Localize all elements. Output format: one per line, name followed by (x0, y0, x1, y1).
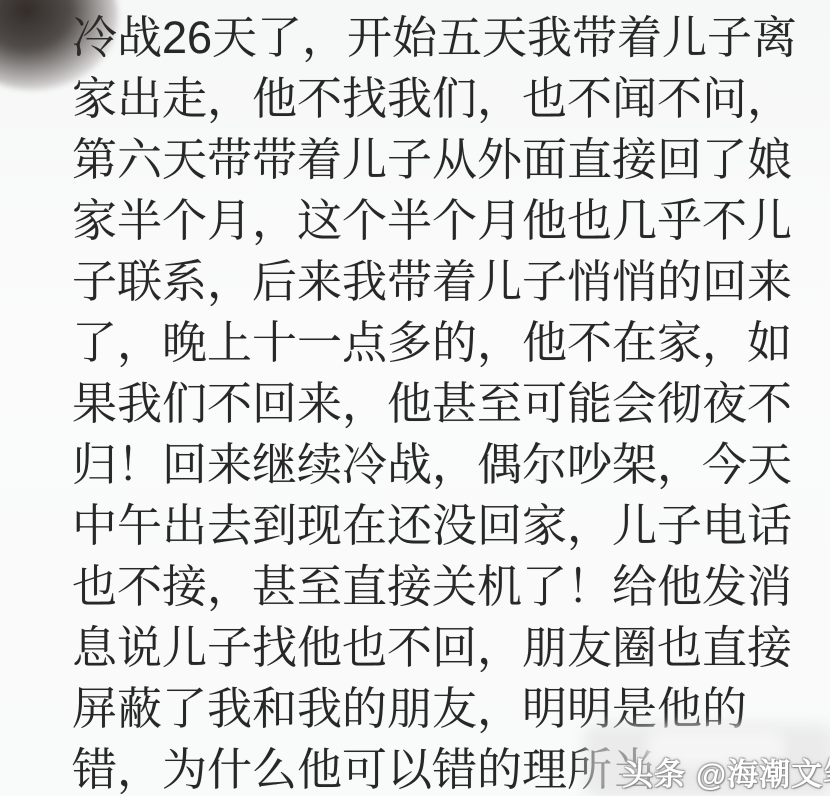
post-text-block: 冷战26天了，开始五天我带着儿子离 家出走，他不找我们，也不闻不问， 第六天带带… (72, 7, 812, 796)
watermark-handle: @海潮文笔 (696, 757, 830, 792)
post-text-line: 息说儿子找他也不回，朋友圈也直接 (72, 617, 812, 678)
post-text-line: 第六天带带着儿子从外面直接回了娘 (72, 129, 812, 190)
post-text-line: 果我们不回来，他甚至可能会彻夜不 (72, 373, 812, 434)
post-image: 冷战26天了，开始五天我带着儿子离 家出走，他不找我们，也不闻不问， 第六天带带… (0, 0, 830, 796)
post-text-line: 也不接，甚至直接关机了！给他发消 (72, 556, 812, 617)
post-text-line: 家半个月，这个半个月他也几乎不儿 (72, 190, 812, 251)
watermark-brand: 头条 (622, 757, 686, 792)
post-text-line: 家出走，他不找我们，也不闻不问， (72, 68, 812, 129)
watermark: 头条@海潮文笔 (622, 749, 830, 794)
post-text-line: 归！回来继续冷战，偶尔吵架，今天 (72, 434, 812, 495)
post-text-line: 子联系，后来我带着儿子悄悄的回来 (72, 251, 812, 312)
post-text-line: 中午出去到现在还没回家，儿子电话 (72, 495, 812, 556)
post-text-line: 了，晚上十一点多的，他不在家，如 (72, 312, 812, 373)
post-text-line: 冷战26天了，开始五天我带着儿子离 (72, 7, 812, 68)
